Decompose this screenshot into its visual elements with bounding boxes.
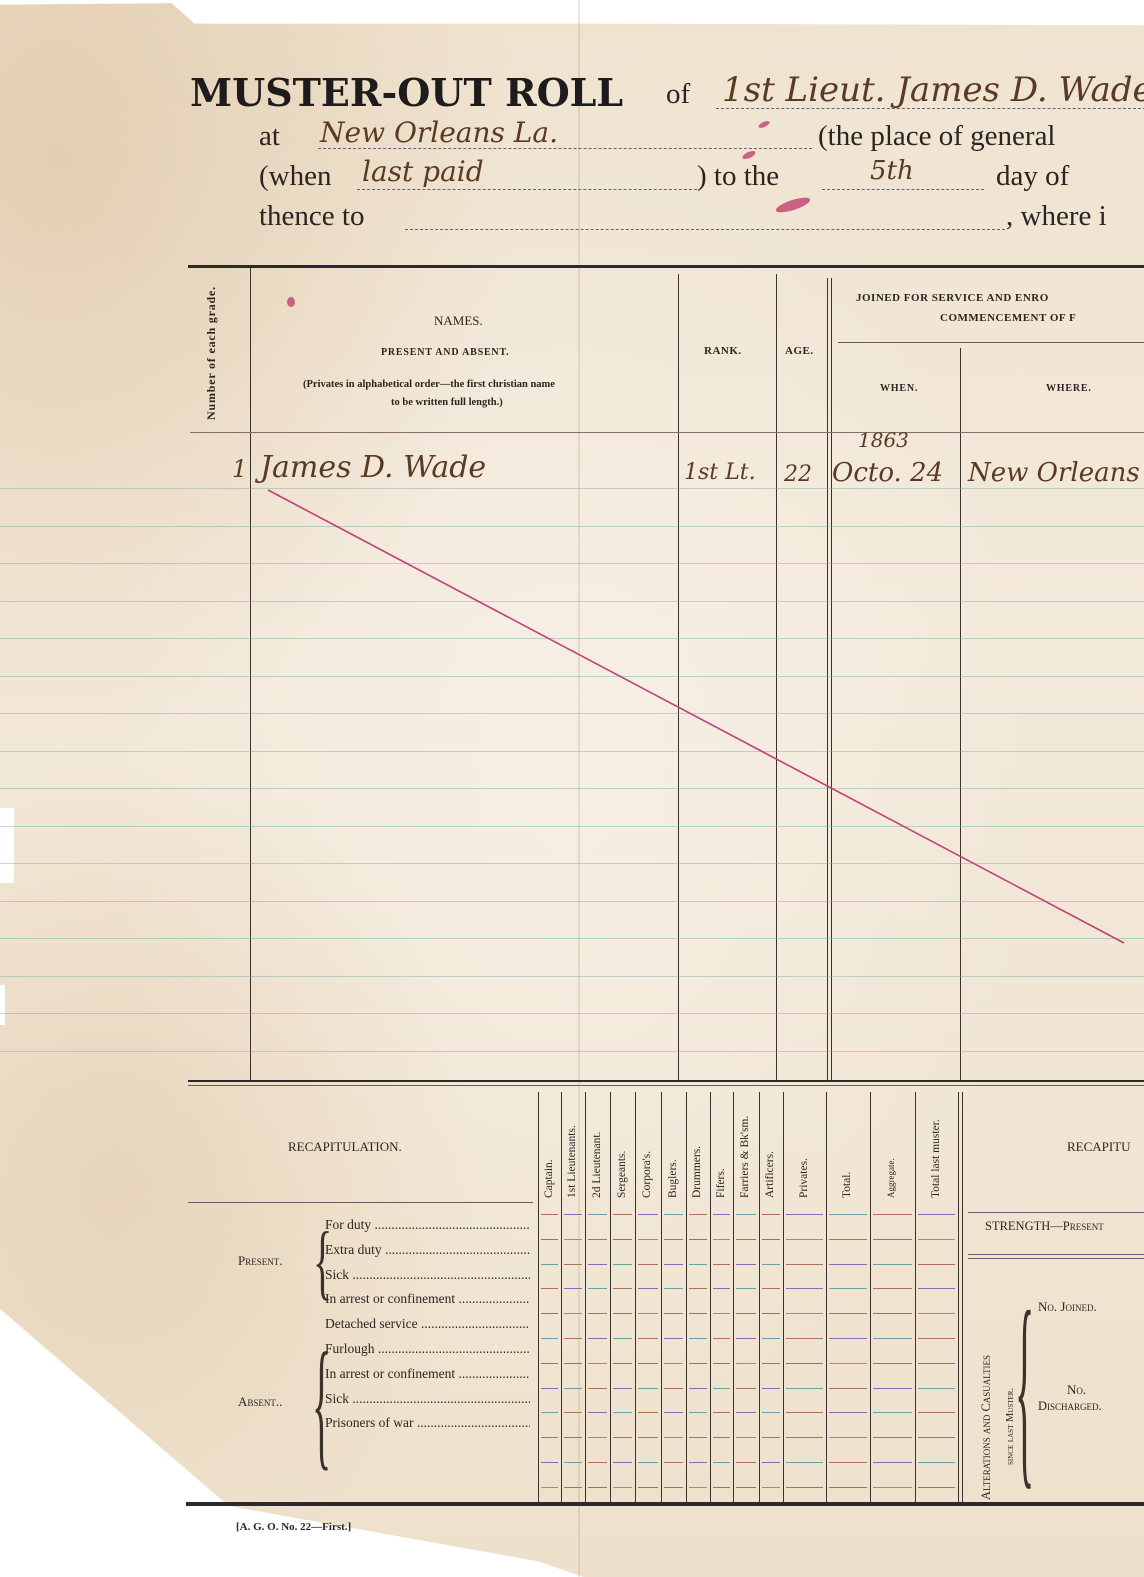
- no-label: No.: [1067, 1382, 1086, 1398]
- recap-cell-line: [918, 1214, 955, 1215]
- recap-cell-line: [588, 1388, 607, 1389]
- recap-cell-line: [762, 1239, 780, 1240]
- col-divider: [958, 1092, 959, 1504]
- recap-cell-line: [689, 1288, 707, 1289]
- recap-cell-line: [762, 1437, 780, 1438]
- recap-cell-line: [736, 1462, 756, 1463]
- recap-col-divider: [686, 1092, 687, 1502]
- recap-cell-line: [873, 1363, 912, 1364]
- recap-row-label: Detached service .......................…: [325, 1316, 530, 1332]
- recap-cell-line: [613, 1363, 632, 1364]
- recap-cell-line: [736, 1338, 756, 1339]
- recap-cell-line: [638, 1388, 658, 1389]
- recap-cell-line: [736, 1264, 756, 1265]
- recap-cell-line: [713, 1462, 730, 1463]
- recap-cell-line: [689, 1412, 707, 1413]
- recap-cell-line: [786, 1264, 823, 1265]
- recap-cell-line: [762, 1363, 780, 1364]
- recap-col-header: Total.: [841, 1172, 853, 1198]
- recap-cell-line: [638, 1338, 658, 1339]
- recap-cell-line: [873, 1313, 912, 1314]
- recap-cell-line: [873, 1288, 912, 1289]
- recap-col-divider: [610, 1092, 611, 1502]
- recap-cell-line: [564, 1214, 582, 1215]
- recap-cell-line: [588, 1487, 607, 1488]
- recap-cell-line: [689, 1313, 707, 1314]
- recap-cell-line: [613, 1412, 632, 1413]
- recap-top-rule-2: [188, 1085, 1144, 1086]
- recap-cell-line: [689, 1239, 707, 1240]
- alterations-label-1: Alterations and Casualties: [979, 1355, 994, 1500]
- rule: [968, 1258, 1144, 1259]
- recap-cell-line: [786, 1462, 823, 1463]
- recap-cell-line: [918, 1288, 955, 1289]
- recap-col-header: Sergeants.: [616, 1151, 628, 1198]
- recap-cell-line: [873, 1214, 912, 1215]
- recap-cell-line: [564, 1363, 582, 1364]
- recap-cell-line: [564, 1239, 582, 1240]
- recap-cell-line: [689, 1338, 707, 1339]
- recap-cell-line: [664, 1363, 683, 1364]
- recap-cell-line: [713, 1388, 730, 1389]
- strength-label: STRENGTH—Present: [985, 1219, 1104, 1234]
- recap-col-header: Corpora's.: [641, 1151, 653, 1198]
- recap-cell-line: [664, 1288, 683, 1289]
- recap-cell-line: [613, 1388, 632, 1389]
- recap-cell-line: [829, 1412, 867, 1413]
- recap-cell-line: [713, 1288, 730, 1289]
- col-divider: [962, 1092, 963, 1504]
- recap-col-header: Captain.: [543, 1159, 555, 1198]
- recap-cell-line: [713, 1264, 730, 1265]
- recap-cell-line: [588, 1313, 607, 1314]
- recap-cell-line: [638, 1288, 658, 1289]
- recap-cell-line: [638, 1437, 658, 1438]
- recap-col-header: Drummers.: [691, 1146, 703, 1198]
- recap-cell-line: [638, 1412, 658, 1413]
- recap-cell-line: [829, 1264, 867, 1265]
- recap-cell-line: [588, 1462, 607, 1463]
- recap-cell-line: [689, 1462, 707, 1463]
- recap-cell-line: [762, 1388, 780, 1389]
- recap-cell-line: [664, 1264, 683, 1265]
- recap-cell-line: [564, 1313, 582, 1314]
- recap-cell-line: [613, 1214, 632, 1215]
- recap-cell-line: [873, 1239, 912, 1240]
- recap-cell-line: [918, 1462, 955, 1463]
- recap-cell-line: [638, 1214, 658, 1215]
- recap-cell-line: [588, 1437, 607, 1438]
- recap-title: RECAPITULATION.: [288, 1139, 402, 1155]
- recap-col-divider: [661, 1092, 662, 1502]
- recap-cell-line: [829, 1487, 867, 1488]
- recap-row-label: Prisoners of war .......................…: [325, 1415, 530, 1431]
- recap-cell-line: [873, 1338, 912, 1339]
- recap-cell-line: [638, 1264, 658, 1265]
- recap-cell-line: [664, 1437, 683, 1438]
- recap-cell-line: [689, 1363, 707, 1364]
- recap-cell-line: [613, 1437, 632, 1438]
- recap-cell-line: [786, 1288, 823, 1289]
- recap-col-divider: [783, 1092, 784, 1502]
- recap-cell-line: [664, 1214, 683, 1215]
- recap-cell-line: [762, 1313, 780, 1314]
- recap-cell-line: [689, 1487, 707, 1488]
- recap-col-header: Aggregate.: [886, 1158, 896, 1198]
- recap-cell-line: [829, 1288, 867, 1289]
- recap-cell-line: [829, 1338, 867, 1339]
- recap-cell-line: [588, 1264, 607, 1265]
- recap-cell-line: [689, 1214, 707, 1215]
- recap-cell-line: [588, 1412, 607, 1413]
- recap-cell-line: [918, 1338, 955, 1339]
- recap-cell-line: [829, 1388, 867, 1389]
- recap-row-label: For duty ...............................…: [325, 1217, 530, 1233]
- recap-cell-line: [713, 1437, 730, 1438]
- recap-cell-line: [664, 1412, 683, 1413]
- recap-cell-line: [786, 1412, 823, 1413]
- recap-cell-line: [873, 1388, 912, 1389]
- recap-cell-line: [736, 1313, 756, 1314]
- recap-row-label: Sick ...................................…: [325, 1391, 530, 1407]
- recap-col-header: Privates.: [798, 1158, 810, 1198]
- recap-cell-line: [786, 1338, 823, 1339]
- rule: [968, 1212, 1144, 1213]
- recap-cell-line: [762, 1462, 780, 1463]
- recap-cell-line: [564, 1487, 582, 1488]
- recap-cell-line: [588, 1214, 607, 1215]
- recap-cell-line: [829, 1363, 867, 1364]
- recap-cell-line: [918, 1264, 955, 1265]
- recap-cell-line: [736, 1412, 756, 1413]
- recap-cell-line: [588, 1239, 607, 1240]
- recap-right-title: RECAPITU: [1067, 1139, 1131, 1155]
- recap-cell-line: [918, 1388, 955, 1389]
- recap-cell-line: [664, 1338, 683, 1339]
- bottom-rule: [186, 1502, 1144, 1506]
- recap-col-divider: [710, 1092, 711, 1502]
- recap-cell-line: [786, 1487, 823, 1488]
- recap-cell-line: [613, 1288, 632, 1289]
- recap-cell-line: [541, 1437, 558, 1438]
- recap-cell-line: [541, 1462, 558, 1463]
- recap-col-divider: [733, 1092, 734, 1502]
- recap-row-label: Sick ...................................…: [325, 1267, 530, 1283]
- recap-cell-line: [564, 1462, 582, 1463]
- recap-row-label: Extra duty .............................…: [325, 1242, 530, 1258]
- recap-cell-line: [689, 1437, 707, 1438]
- recap-cell-line: [786, 1388, 823, 1389]
- recap-cell-line: [564, 1264, 582, 1265]
- recap-col-header: Artificers.: [764, 1151, 776, 1198]
- recap-cell-line: [736, 1388, 756, 1389]
- recap-cell-line: [829, 1239, 867, 1240]
- recap-col-divider: [561, 1092, 562, 1502]
- recap-cell-line: [736, 1239, 756, 1240]
- recap-cell-line: [736, 1363, 756, 1364]
- recap-cell-line: [918, 1363, 955, 1364]
- recap-cell-line: [786, 1313, 823, 1314]
- recap-cell-line: [736, 1487, 756, 1488]
- no-joined-label: No. Joined.: [1038, 1299, 1097, 1315]
- recap-cell-line: [613, 1462, 632, 1463]
- recap-cell-line: [638, 1363, 658, 1364]
- recap-cell-line: [873, 1487, 912, 1488]
- recap-cell-line: [873, 1462, 912, 1463]
- recap-col-header: Fifers.: [715, 1168, 727, 1198]
- recap-cell-line: [689, 1388, 707, 1389]
- recap-cell-line: [541, 1264, 558, 1265]
- recap-col-divider: [635, 1092, 636, 1502]
- recap-cell-line: [829, 1437, 867, 1438]
- recap-cell-line: [713, 1214, 730, 1215]
- recap-cell-line: [638, 1487, 658, 1488]
- recap-cell-line: [762, 1338, 780, 1339]
- recap-cell-line: [762, 1264, 780, 1265]
- recap-cell-line: [664, 1487, 683, 1488]
- recap-cell-line: [713, 1487, 730, 1488]
- recap-cell-line: [664, 1388, 683, 1389]
- form-number: [A. G. O. No. 22—First.]: [236, 1521, 351, 1533]
- recap-cell-line: [564, 1412, 582, 1413]
- recap-col-divider: [585, 1092, 586, 1502]
- recap-cell-line: [541, 1214, 558, 1215]
- recap-cell-line: [736, 1214, 756, 1215]
- recap-cell-line: [786, 1437, 823, 1438]
- recap-cell-line: [829, 1462, 867, 1463]
- recap-cell-line: [588, 1363, 607, 1364]
- recap-cell-line: [786, 1214, 823, 1215]
- recap-cell-line: [613, 1338, 632, 1339]
- recap-cell-line: [564, 1388, 582, 1389]
- recap-cell-line: [918, 1487, 955, 1488]
- recap-cell-line: [713, 1412, 730, 1413]
- recap-cell-line: [664, 1313, 683, 1314]
- recap-cell-line: [664, 1239, 683, 1240]
- recap-cell-line: [541, 1388, 558, 1389]
- rule: [968, 1254, 1144, 1255]
- recap-cell-line: [736, 1437, 756, 1438]
- recap-cell-line: [762, 1214, 780, 1215]
- present-label: Present.: [238, 1253, 282, 1269]
- recap-cell-line: [613, 1487, 632, 1488]
- recap-col-header: 1st Lieutenants.: [566, 1125, 578, 1198]
- recap-cell-line: [713, 1313, 730, 1314]
- recap-row-label: Furlough ...............................…: [325, 1341, 530, 1357]
- recap-cell-line: [638, 1239, 658, 1240]
- recap-top-rule: [188, 1080, 1144, 1082]
- recap-cell-line: [588, 1338, 607, 1339]
- recap-cell-line: [829, 1214, 867, 1215]
- recap-cell-line: [638, 1313, 658, 1314]
- recap-cell-line: [564, 1437, 582, 1438]
- recap-col-header: 2d Lieutenant.: [591, 1132, 603, 1198]
- recap-col-header: Total last muster.: [930, 1119, 942, 1198]
- recap-cell-line: [613, 1313, 632, 1314]
- absent-label: Absent..: [238, 1394, 282, 1410]
- recap-cell-line: [613, 1264, 632, 1265]
- recap-cell-line: [689, 1264, 707, 1265]
- recap-header-rule: [188, 1202, 533, 1203]
- recap-cell-line: [762, 1288, 780, 1289]
- recap-cell-line: [918, 1437, 955, 1438]
- alterations-brace-icon: {: [1015, 1260, 1034, 1514]
- recap-cell-line: [713, 1338, 730, 1339]
- recap-cell-line: [918, 1313, 955, 1314]
- recap-col-divider: [538, 1092, 539, 1502]
- recap-cell-line: [541, 1412, 558, 1413]
- recap-cell-line: [786, 1239, 823, 1240]
- recap-cell-line: [829, 1313, 867, 1314]
- recap-cell-line: [713, 1363, 730, 1364]
- recap-cell-line: [713, 1239, 730, 1240]
- recap-col-header: Buglers.: [667, 1159, 679, 1198]
- recap-col-divider: [826, 1092, 827, 1502]
- recap-cell-line: [762, 1412, 780, 1413]
- recap-cell-line: [564, 1338, 582, 1339]
- recap-cell-line: [873, 1264, 912, 1265]
- recap-cell-line: [613, 1239, 632, 1240]
- recap-cell-line: [541, 1363, 558, 1364]
- recap-cell-line: [873, 1412, 912, 1413]
- recap-cell-line: [638, 1462, 658, 1463]
- recap-cell-line: [541, 1487, 558, 1488]
- recap-cell-line: [918, 1412, 955, 1413]
- recap-cell-line: [873, 1437, 912, 1438]
- recap-cell-line: [918, 1239, 955, 1240]
- recap-cell-line: [541, 1288, 558, 1289]
- recap-cell-line: [541, 1338, 558, 1339]
- discharged-label: Discharged.: [1038, 1399, 1102, 1414]
- recap-row-label: In arrest or confinement ...............…: [325, 1366, 530, 1382]
- recap-col-divider: [759, 1092, 760, 1502]
- recap-cell-line: [786, 1363, 823, 1364]
- recap-cell-line: [588, 1288, 607, 1289]
- recap-cell-line: [762, 1487, 780, 1488]
- recap-cell-line: [541, 1313, 558, 1314]
- recap-cell-line: [736, 1288, 756, 1289]
- recap-row-label: In arrest or confinement ...............…: [325, 1291, 530, 1307]
- recap-cell-line: [541, 1239, 558, 1240]
- recap-col-header: Farriers & Bk'sm.: [739, 1116, 751, 1198]
- recap-cell-line: [564, 1288, 582, 1289]
- cancellation-line: [0, 0, 1144, 1577]
- recap-cell-line: [664, 1462, 683, 1463]
- recap-col-divider: [915, 1092, 916, 1502]
- recap-col-divider: [870, 1092, 871, 1502]
